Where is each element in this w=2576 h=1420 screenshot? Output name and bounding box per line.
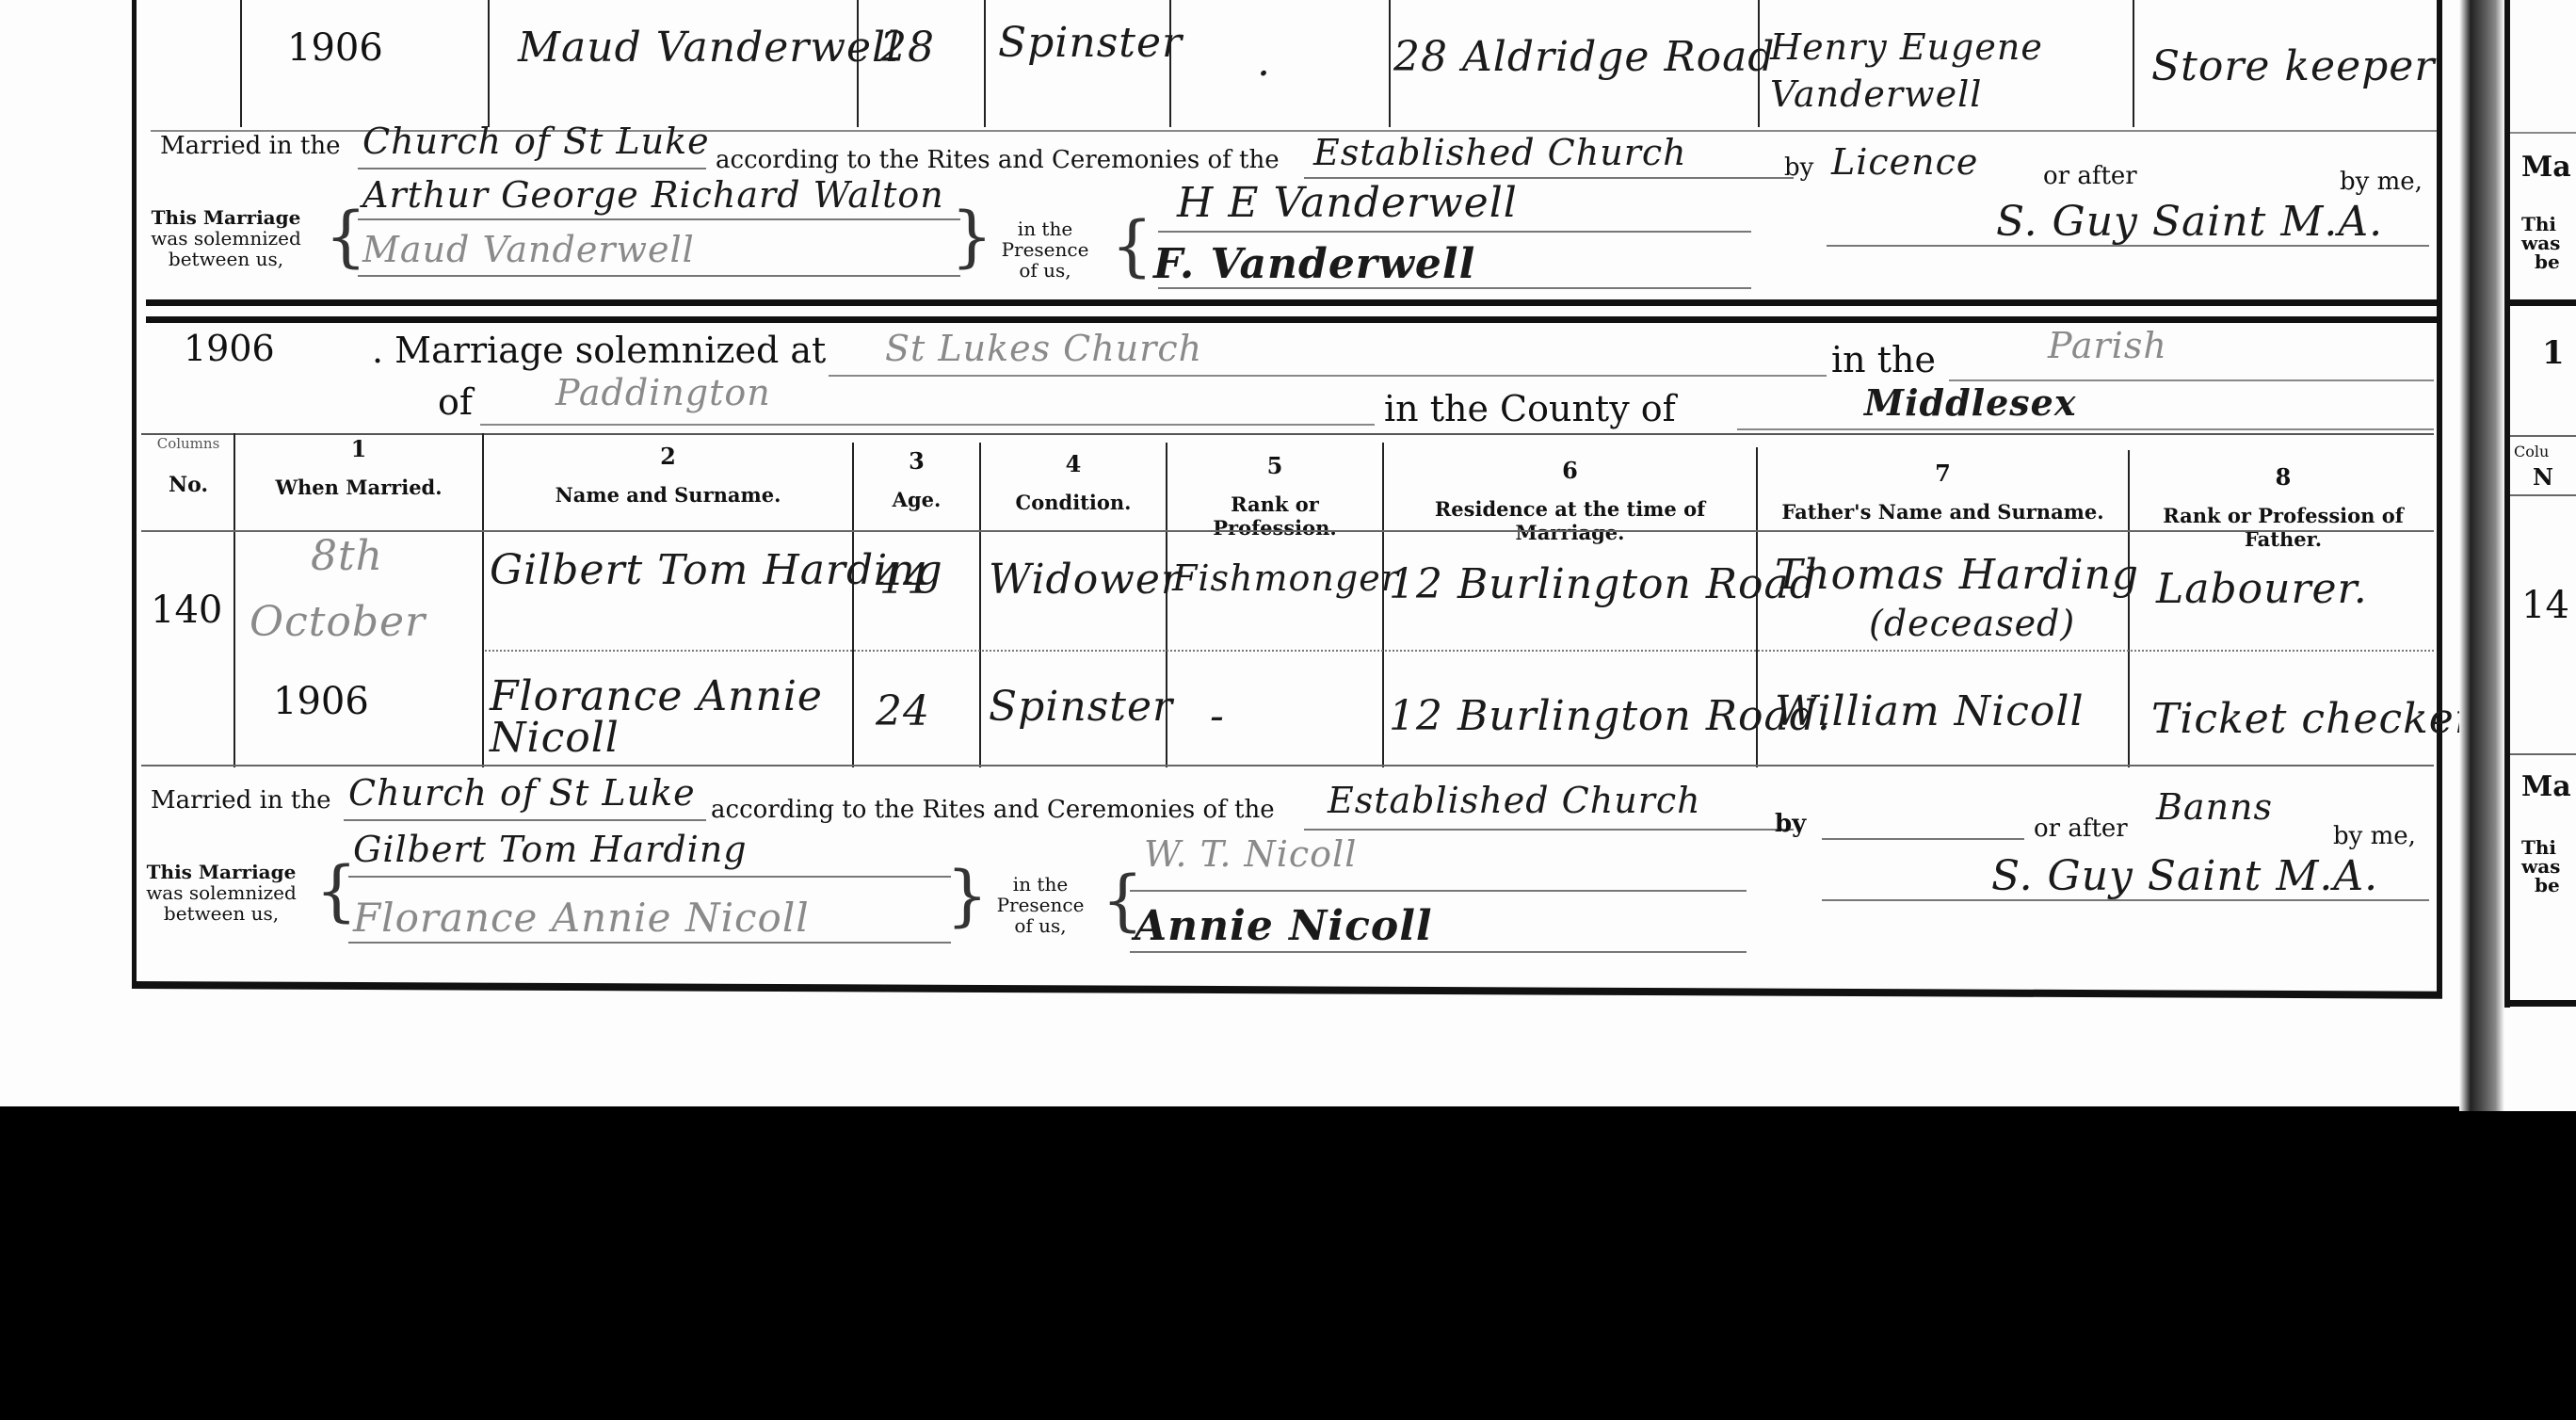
rule	[348, 876, 951, 878]
label-line: in the	[993, 218, 1097, 239]
column-number: 7	[1758, 460, 2128, 487]
prev-or-after-label: or after	[2043, 162, 2137, 190]
bride-father: William Nicoll	[1775, 687, 2085, 735]
label-line: was solemnized	[141, 882, 301, 903]
column-number: 2	[484, 443, 852, 470]
rule	[1158, 231, 1751, 233]
prev-married-in-value: Church of St Luke	[362, 121, 710, 162]
book-spine	[2459, 0, 2504, 1111]
header-bottom-rule	[141, 530, 2434, 532]
left-brace-icon: {	[1111, 207, 1153, 284]
rule	[480, 424, 1375, 426]
column-header-7: 7 Father's Name and Surname.	[1758, 460, 2128, 524]
column-number: 8	[2130, 463, 2437, 491]
right-brace-icon: }	[951, 198, 993, 275]
column-number: 4	[981, 450, 1166, 477]
rule	[1158, 287, 1751, 289]
rule	[2510, 132, 2576, 134]
entry-year: 1906	[184, 328, 275, 369]
row-bottom-rule	[141, 765, 2434, 766]
prev-presence-label: in the Presence of us,	[993, 218, 1097, 281]
groom-father: Thomas Harding	[1775, 551, 2139, 599]
presence-label: in the Presence of us,	[989, 874, 1092, 936]
label-line: Presence	[993, 239, 1097, 260]
bride-age: 24	[876, 687, 930, 735]
right-brace-icon: }	[946, 857, 989, 934]
prev-groom-signature: Arthur George Richard Walton	[362, 174, 944, 216]
bride-condition: Spinster	[989, 683, 1173, 731]
rule	[2510, 753, 2576, 755]
county-label: in the County of	[1384, 388, 1676, 429]
prev-rites-label: according to the Rites and Ceremonies of…	[716, 146, 1280, 174]
prev-married-in-label: Married in the	[160, 132, 341, 160]
in-the-value: Parish	[2048, 325, 2167, 366]
right-page-divider	[2510, 299, 2576, 306]
column-label: When Married.	[235, 476, 482, 499]
register-page-left: 1906 Maud Vanderwell 28 Spinster . 28 Al…	[0, 0, 2467, 1106]
rule	[1737, 428, 2434, 430]
entry-divider	[146, 316, 2439, 323]
right-border	[2437, 0, 2442, 998]
by-label: by	[1775, 810, 1806, 838]
prev-officiant-signature: S. Guy Saint M.A.	[1996, 198, 2383, 246]
bottom-border	[132, 981, 2442, 999]
label-line: of us,	[993, 260, 1097, 281]
prev-col-divider	[2133, 0, 2134, 127]
prev-bride-father: Henry Eugene Vanderwell	[1770, 24, 2109, 118]
entry-number: 140	[151, 589, 222, 632]
column-label: Rank or Profession.	[1167, 492, 1382, 540]
married-in-label: Married in the	[151, 786, 331, 815]
register-page-right: Ma Thi was be 1 Colu N 14 Ma Thi was be	[2504, 0, 2576, 1111]
row-separator	[485, 650, 2434, 652]
rule	[348, 942, 951, 944]
column-label: Condition.	[981, 491, 1166, 514]
prev-col-divider	[1389, 0, 1391, 127]
groom-condition: Widower	[989, 556, 1182, 604]
rule	[2510, 435, 2576, 437]
rule	[358, 275, 960, 277]
column-label: Rank or Profession of Father.	[2130, 504, 2437, 551]
when-married-year: 1906	[273, 680, 369, 723]
right-fragment-line: be	[2521, 876, 2560, 895]
when-married-day: 8th	[311, 532, 383, 580]
label-line: between us,	[141, 903, 301, 924]
prev-col-divider	[984, 0, 986, 127]
prev-bride-age: 28	[880, 24, 935, 72]
prev-bride-signature: Maud Vanderwell	[362, 229, 695, 270]
left-brace-icon: {	[315, 852, 358, 929]
entry-divider	[146, 299, 2439, 306]
right-fragment-line: Thi	[2521, 838, 2560, 857]
column-header-2: 2 Name and Surname.	[484, 443, 852, 507]
of-label: of	[438, 381, 473, 423]
witness-1: W. T. Nicoll	[1144, 833, 1357, 875]
married-in-value: Church of St Luke	[348, 772, 696, 814]
column-header-1: 1 When Married.	[235, 435, 482, 499]
of-value: Paddington	[555, 372, 771, 413]
prev-by-me-label: by me,	[2340, 168, 2423, 196]
right-fragment: 14	[2521, 584, 2569, 627]
rule	[1130, 890, 1747, 892]
groom-signature: Gilbert Tom Harding	[353, 829, 748, 870]
prev-by-label: by	[1784, 153, 1813, 182]
officiant-signature: S. Guy Saint M.A.	[1991, 852, 2378, 900]
label-line: This Marriage	[141, 862, 301, 882]
prev-col-divider	[240, 0, 242, 127]
rites-value: Established Church	[1328, 780, 1701, 821]
column-label: Residence at the time of Marriage.	[1384, 497, 1756, 544]
rule	[358, 218, 960, 220]
column-label: Name and Surname.	[484, 483, 852, 507]
rule	[1822, 838, 2024, 840]
rule	[344, 819, 706, 821]
column-label: Father's Name and Surname.	[1758, 500, 2128, 524]
witness-2: Annie Nicoll	[1135, 902, 1433, 950]
bride-signature: Florance Annie Nicoll	[353, 895, 810, 941]
prev-bride-father-rank: Store keeper	[2151, 42, 2435, 90]
header-top-rule	[141, 433, 2434, 435]
label-line: was solemnized	[146, 228, 306, 249]
rule	[1304, 829, 1794, 831]
right-page-bottom-border	[2504, 1000, 2576, 1007]
rule	[2510, 494, 2576, 496]
label-line: in the	[989, 874, 1092, 895]
prev-when-married-year: 1906	[287, 26, 383, 70]
column-number: 6	[1384, 457, 1756, 484]
prev-bride-residence: 28 Aldridge Road	[1393, 33, 1775, 81]
columns-label: Columns	[143, 435, 233, 452]
solemnized-at-value: St Lukes Church	[885, 328, 1202, 369]
right-fragment: N	[2533, 463, 2553, 491]
right-fragment-line: was	[2521, 857, 2560, 876]
label-line: of us,	[989, 915, 1092, 936]
prev-by-value: Licence	[1831, 141, 1978, 183]
county-value: Middlesex	[1864, 381, 2076, 424]
left-brace-icon: {	[325, 198, 367, 275]
label-line: Presence	[989, 895, 1092, 915]
column-number: 1	[235, 435, 482, 462]
column-header-3: 3 Age.	[854, 447, 979, 511]
column-number: 5	[1167, 452, 1382, 479]
prev-bride-name: Maud Vanderwell	[518, 24, 900, 72]
column-number: 3	[854, 447, 979, 475]
prev-solemnized-label: This Marriage was solemnized between us,	[146, 207, 306, 269]
prev-bride-rank: .	[1257, 38, 1271, 86]
prev-bride-condition: Spinster	[998, 19, 1183, 67]
bride-name: Florance Annie Nicoll	[490, 676, 847, 759]
rule	[1822, 899, 2429, 901]
bride-residence: 12 Burlington Road.	[1389, 692, 1831, 740]
prev-col-divider	[488, 0, 490, 127]
prev-witness-2: F. Vanderwell	[1153, 240, 1475, 288]
solemnized-label: This Marriage was solemnized between us,	[141, 862, 301, 924]
right-fragment: Ma	[2521, 770, 2571, 803]
rites-label: according to the Rites and Ceremonies of…	[711, 796, 1275, 824]
right-fragment: Ma	[2521, 151, 2571, 184]
left-border	[132, 0, 137, 987]
rule	[358, 168, 706, 169]
groom-rank: Fishmonger	[1172, 557, 1399, 599]
column-header-no: Columns No.	[143, 435, 233, 497]
when-married-month: October	[250, 598, 426, 646]
or-after-label: or after	[2034, 815, 2128, 843]
right-fragment: Colu	[2514, 443, 2549, 460]
right-fragment-line: Thi	[2521, 215, 2560, 234]
right-page-border	[2504, 0, 2510, 1008]
label-line: between us,	[146, 249, 306, 269]
right-fragment-line: was	[2521, 234, 2560, 252]
right-fragment: Thi was be	[2521, 215, 2560, 271]
groom-father-rank: Labourer.	[2156, 565, 2368, 613]
in-the-label: in the	[1831, 339, 1936, 380]
column-header-5: 5 Rank or Profession.	[1167, 452, 1382, 540]
groom-residence: 12 Burlington Road	[1389, 560, 1817, 608]
column-header-8: 8 Rank or Profession of Father.	[2130, 463, 2437, 551]
prev-rites-value: Established Church	[1313, 132, 1687, 173]
rule	[1827, 245, 2429, 247]
or-after-value: Banns	[2156, 786, 2273, 828]
solemnized-at-label: . Marriage solemnized at	[372, 330, 826, 371]
column-header-4: 4 Condition.	[981, 450, 1166, 514]
rule	[1130, 951, 1747, 953]
column-label: Age.	[854, 488, 979, 511]
bride-father-rank: Ticket checker.	[2151, 695, 2485, 743]
rule	[829, 375, 1827, 377]
right-fragment: Thi was be	[2521, 838, 2560, 895]
bride-rank: -	[1210, 692, 1225, 740]
groom-age: 44	[876, 556, 930, 604]
column-label: No.	[143, 473, 233, 497]
label-line: This Marriage	[146, 207, 306, 228]
groom-father-note: (deceased)	[1869, 603, 2075, 644]
right-fragment: 1	[2542, 334, 2565, 372]
by-me-label: by me,	[2333, 822, 2416, 850]
right-fragment-line: be	[2521, 252, 2560, 271]
prev-witness-1: H E Vanderwell	[1177, 179, 1518, 227]
